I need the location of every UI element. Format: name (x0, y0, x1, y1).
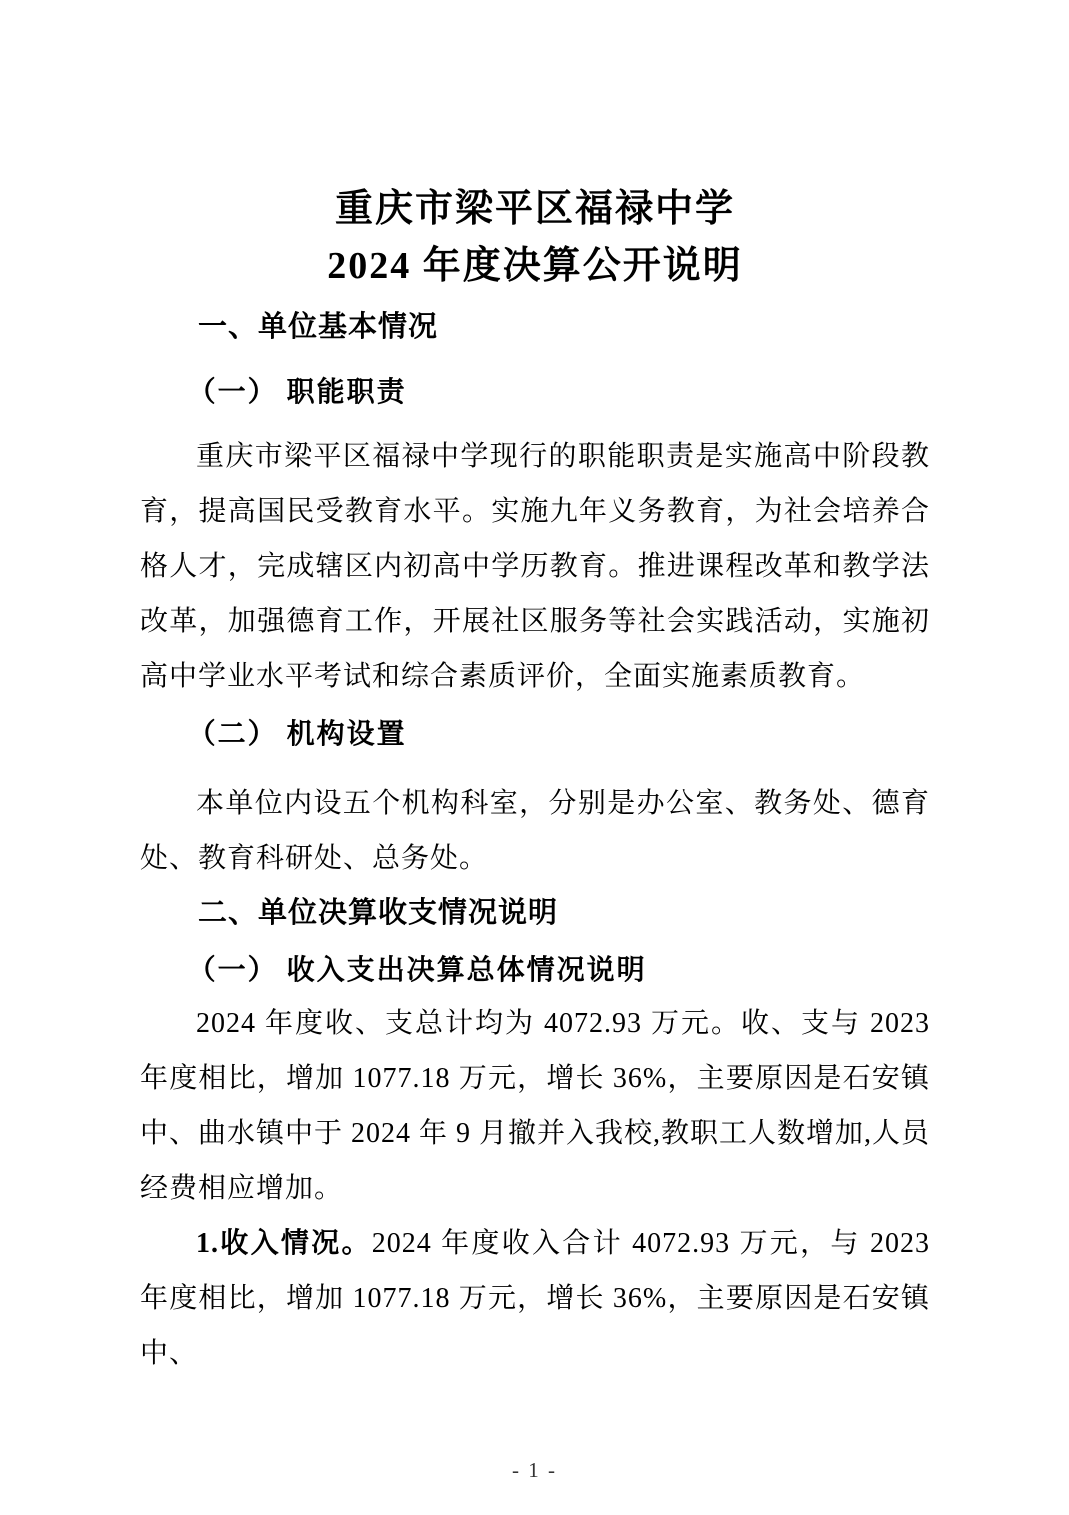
document-title: 重庆市梁平区福禄中学 2024 年度决算公开说明 (140, 181, 930, 295)
document-content: 重庆市梁平区福禄中学 2024 年度决算公开说明 一、单位基本情况 （一） 职能… (140, 181, 930, 1381)
paragraph-income: 1.收入情况。2024 年度收入合计 4072.93 万元，与 2023 年度相… (140, 1216, 930, 1381)
document-title-line2: 2024 年度决算公开说明 (140, 238, 930, 295)
section-heading-basic-info: 一、单位基本情况 (140, 305, 930, 350)
subsection-heading-overview: （一） 收入支出决算总体情况说明 (140, 948, 930, 993)
paragraph-income-lead: 1.收入情况。 (196, 1228, 372, 1259)
paragraph-organization: 本单位内设五个机构科室，分别是办公室、教务处、德育处、教育科研处、总务处。 (140, 776, 930, 886)
document-title-line1: 重庆市梁平区福禄中学 (140, 181, 930, 238)
paragraph-duties: 重庆市梁平区福禄中学现行的职能职责是实施高中阶段教育，提高国民受教育水平。实施九… (140, 429, 930, 704)
subsection-heading-duties: （一） 职能职责 (140, 370, 930, 415)
page-number: - 1 - (0, 1458, 1069, 1483)
paragraph-total-balance: 2024 年度收、支总计均为 4072.93 万元。收、支与 2023 年度相比… (140, 996, 930, 1216)
section-heading-budget-final: 二、单位决算收支情况说明 (140, 891, 930, 936)
document-page: 重庆市梁平区福禄中学 2024 年度决算公开说明 一、单位基本情况 （一） 职能… (0, 0, 1069, 1515)
subsection-heading-organization: （二） 机构设置 (140, 712, 930, 757)
